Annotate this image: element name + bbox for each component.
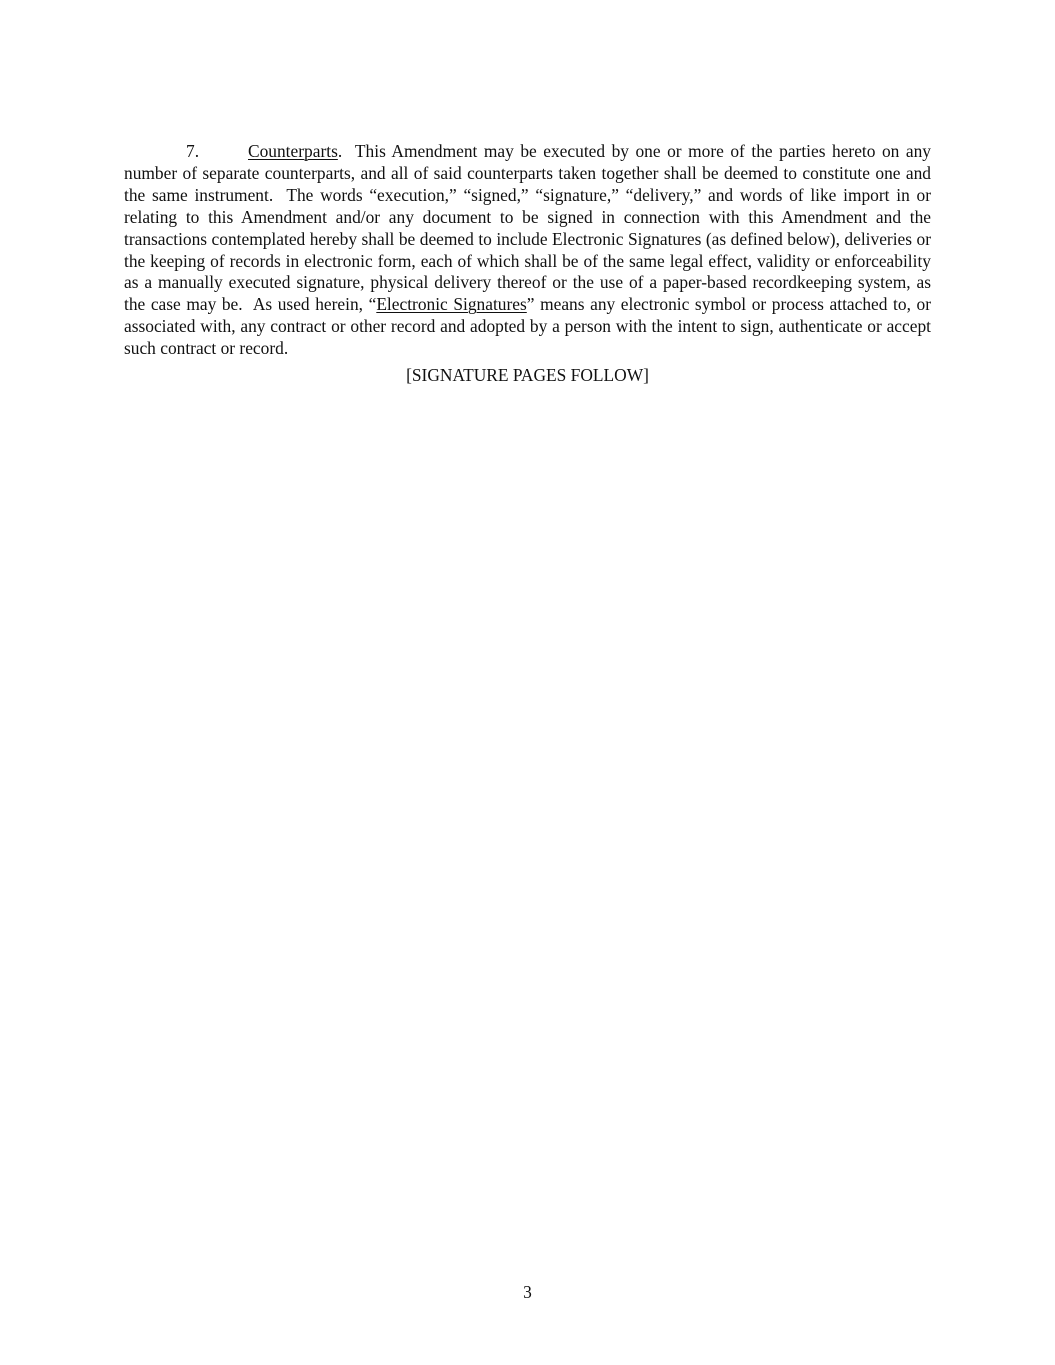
section-heading: Counterparts xyxy=(248,141,338,161)
section-body-part1: This Amendment may be executed by one or… xyxy=(124,141,935,314)
signature-pages-follow-note: [SIGNATURE PAGES FOLLOW] xyxy=(0,364,1055,386)
section-7-counterparts: 7.Counterparts. This Amendment may be ex… xyxy=(124,141,931,359)
page-number: 3 xyxy=(0,1281,1055,1303)
defined-term-electronic-signatures: Electronic Signatures xyxy=(376,294,526,314)
section-number: 7. xyxy=(186,141,248,163)
document-page: 7.Counterparts. This Amendment may be ex… xyxy=(0,0,1055,1365)
